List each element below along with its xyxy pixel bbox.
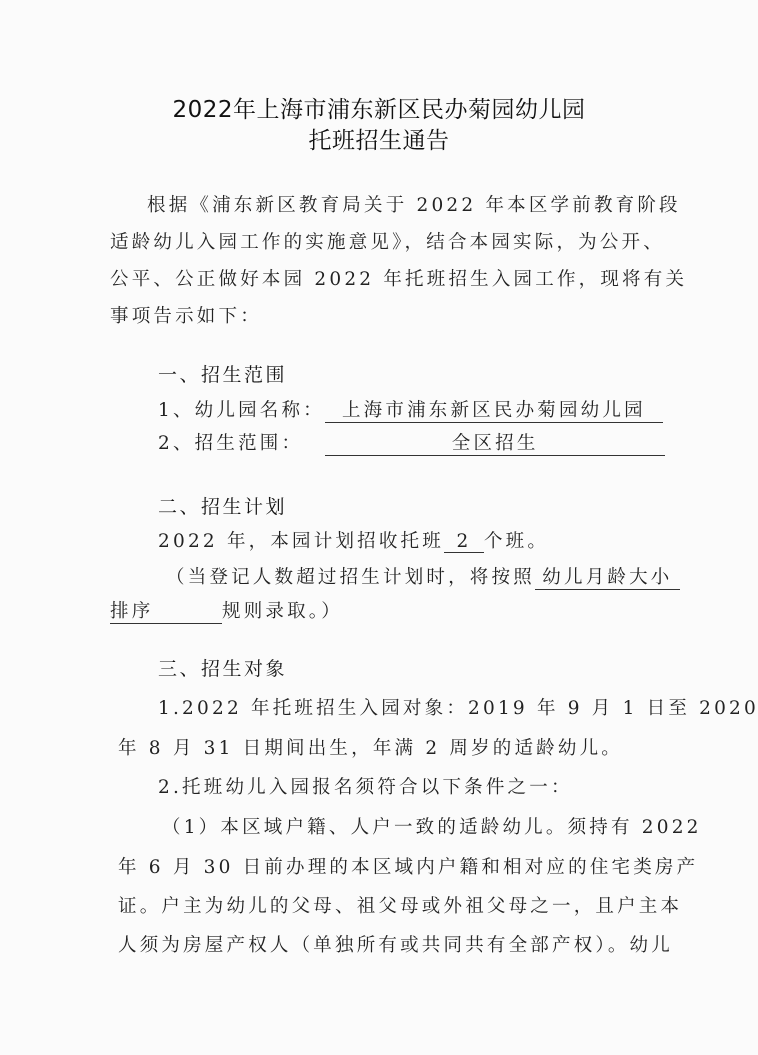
- target-item1-line1: 1.2022 年托班招生入园对象：2019 年 9 月 1 日至 2020: [158, 694, 758, 720]
- section-heading-scope: 一、招生范围: [158, 360, 287, 387]
- intro-line-2: 适龄幼儿入园工作的实施意见》，结合本园实际，为公开、: [110, 228, 665, 254]
- section-heading-target: 三、招生对象: [158, 654, 287, 681]
- intro-line-4: 事项告示如下：: [110, 302, 262, 328]
- target-item1-line2: 年 8 月 31 日期间出生，年满 2 周岁的适龄幼儿。: [118, 734, 623, 760]
- document-title-line1: 2022年上海市浦东新区民办菊园幼儿园: [0, 91, 758, 124]
- rule-prefix: （当登记人数超过招生计划时，将按照: [166, 567, 535, 588]
- enrollment-scope-value: 全区招生: [325, 429, 665, 456]
- plan-suffix: 个班。: [484, 531, 549, 552]
- intro-line-3: 公平、公正做好本园 2022 年托班招生入园工作，现将有关: [110, 265, 687, 291]
- condition1-line2: 年 6 月 30 日前办理的本区域内户籍和相对应的住宅类房产: [118, 853, 698, 879]
- section-heading-plan: 二、招生计划: [158, 492, 287, 519]
- kindergarten-name-value: 上海市浦东新区民办菊园幼儿园: [325, 396, 663, 423]
- kindergarten-name-label: 1、幼儿园名称：: [158, 400, 325, 421]
- kindergarten-name-row: 1、幼儿园名称：上海市浦东新区民办菊园幼儿园: [158, 396, 663, 423]
- condition1-line4: 人须为房屋产权人（单独所有或共同共有全部产权）。幼儿: [118, 931, 673, 957]
- plan-prefix: 2022 年，本园计划招收托班: [158, 531, 444, 552]
- condition1-line1: （1）本区域户籍、人户一致的适龄幼儿。须持有 2022: [162, 813, 702, 839]
- enrollment-scope-row: 2、招生范围：全区招生: [158, 429, 665, 456]
- rule-value-part2: 排序: [110, 597, 222, 624]
- rule-row-1: （当登记人数超过招生计划时，将按照幼儿月龄大小: [166, 563, 680, 590]
- target-item2: 2.托班幼儿入园报名须符合以下条件之一：: [158, 773, 573, 799]
- plan-class-count: 2: [444, 531, 484, 553]
- rule-row-2: 排序规则录取。）: [110, 597, 343, 624]
- document-page: 2022年上海市浦东新区民办菊园幼儿园 托班招生通告 根据《浦东新区教育局关于 …: [0, 0, 758, 1055]
- rule-suffix: 规则录取。）: [222, 601, 343, 622]
- document-title-line2: 托班招生通告: [0, 122, 758, 155]
- condition1-line3: 证。户主为幼儿的父母、祖父母或外祖父母之一，且户主本: [118, 892, 682, 918]
- rule-value-part1: 幼儿月龄大小: [535, 563, 680, 590]
- intro-line-1: 根据《浦东新区教育局关于 2022 年本区学前教育阶段: [147, 191, 681, 217]
- plan-row: 2022 年，本园计划招收托班2个班。: [158, 527, 549, 553]
- enrollment-scope-label: 2、招生范围：: [158, 433, 303, 454]
